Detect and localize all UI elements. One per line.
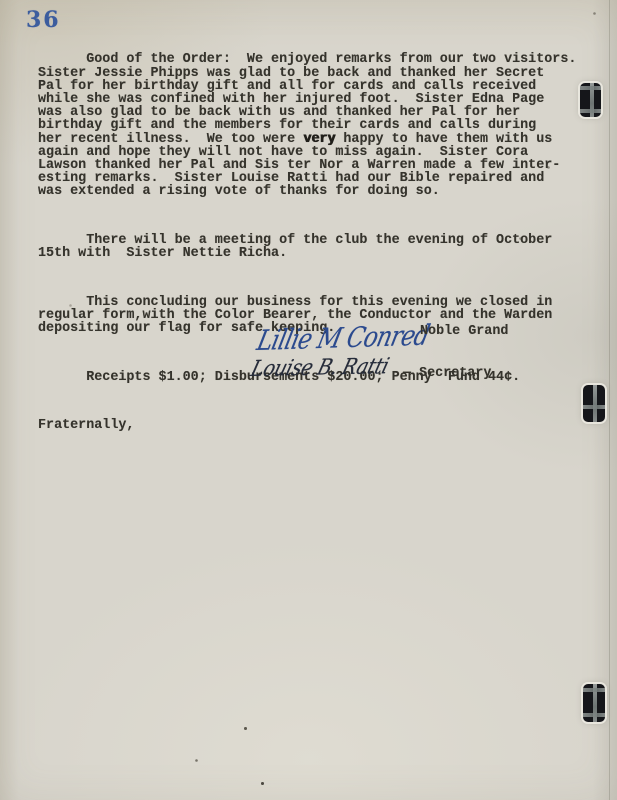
binding-post-icon bbox=[580, 109, 601, 113]
binding-post-icon bbox=[583, 713, 605, 717]
minutes-body-text: Good of the Order: We enjoyed remarks fr… bbox=[38, 27, 598, 468]
binding-post-icon bbox=[580, 86, 601, 90]
binding-hole-icon bbox=[580, 83, 601, 117]
title-noble-grand: Noble Grand bbox=[420, 324, 508, 339]
binding-post-icon bbox=[593, 385, 597, 422]
binding-post-icon bbox=[583, 688, 605, 692]
title-secretary: — Secretary bbox=[403, 366, 491, 381]
binding-post-icon bbox=[583, 405, 605, 409]
closing-salutation: Fraternally, bbox=[38, 419, 598, 432]
paragraph-good-of-the-order: Good of the Order: We enjoyed remarks fr… bbox=[38, 53, 598, 198]
binding-hole-icon bbox=[583, 385, 605, 422]
paper-edge-line bbox=[609, 0, 610, 800]
signature-noble-grand: Lillie M Conred bbox=[254, 319, 432, 357]
binding-hole-icon bbox=[583, 684, 605, 722]
paper-specks bbox=[0, 0, 1, 1]
scanned-minutes-page: 36 Good of the Order: We enjoyed remarks… bbox=[0, 0, 617, 800]
paragraph-club-meeting: There will be a meeting of the club the … bbox=[38, 234, 598, 260]
signature-secretary: Louise B. Ratti bbox=[248, 354, 391, 382]
